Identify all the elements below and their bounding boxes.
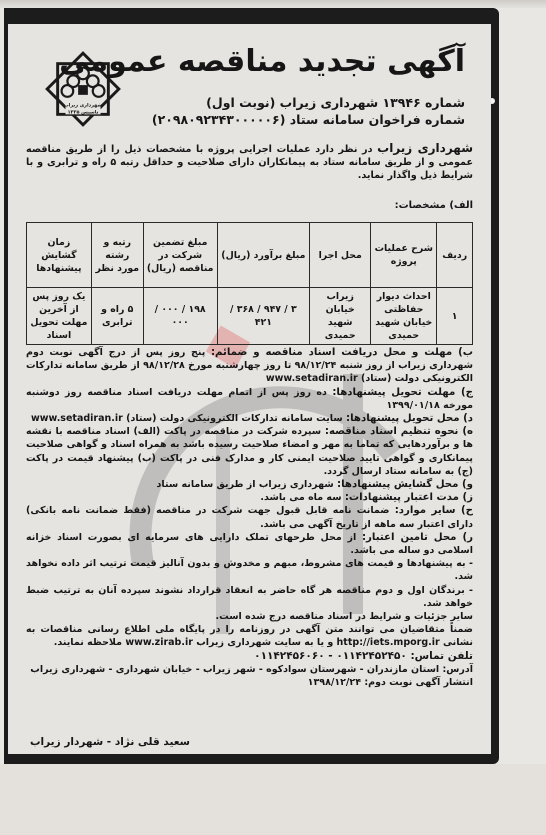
note-2: - برندگان اول و دوم مناقصه هر گاه حاضر ب…: [26, 584, 473, 610]
section-f: و) محل گشایش پیشنهادها: شهرداری زیراب از…: [26, 478, 473, 491]
setadiran-link[interactable]: www.setadiran.ir: [266, 372, 358, 385]
section-a-label: الف) مشخصات:: [395, 200, 473, 211]
table-header-row: ردیف شرح عملیات پروژه محل اجرا مبلغ برآو…: [27, 223, 473, 288]
col-opening-time: زمان گشایش پیشنهادها: [27, 223, 92, 288]
note-3: سایر جزئیات و شرایط در اسناد مناقصه درج …: [26, 610, 473, 623]
col-row-no: ردیف: [437, 223, 473, 288]
signature: سعید قلی نژاد - شهردار زیراب: [30, 736, 190, 748]
zirab-link[interactable]: www.zirab.ir: [125, 636, 193, 649]
cell-opening-time: یک روز پس از آخرین مهلت تحویل اسناد: [27, 288, 92, 345]
table-row: ۱ احداث دیوار حفاظتی خیابان شهید حمیدی ز…: [27, 288, 473, 345]
section-c: ج) مهلت تحویل پیشنهادها: ده روز پس از ات…: [26, 386, 473, 412]
cell-row-no: ۱: [437, 288, 473, 345]
phone-numbers: ۰۱۱۴۲۴۵۲۴۵۰ - ۰۱۱۴۲۴۵۶۰۶۰: [254, 650, 407, 662]
section-d: د) محل تحویل پیشنهادها: سایت سامانه تدار…: [26, 412, 473, 425]
address-label: آدرس:: [442, 664, 473, 675]
cell-guarantee: ۱۹۸ / ۰۰۰ / ۰۰۰: [143, 288, 217, 345]
ad-paper: شهرداری زیراب تاسیس ۱۳۳۵ آگهی تجدید مناق…: [8, 24, 491, 754]
col-description: شرح عملیات پروژه: [371, 223, 437, 288]
contact-address: آدرس: استان مازندران - شهرستان سوادکوه -…: [26, 663, 473, 676]
setad-call-number: شماره فراخوان سامانه ستاد (۲۰۹۸۰۹۲۳۴۳۰۰۰…: [152, 111, 465, 128]
section-e: ه) نحوه تنظیم اسناد مناقصه: سپرده شرکت د…: [26, 425, 473, 478]
col-grade: رتبه و رشته مورد نظر: [91, 223, 143, 288]
publish-info: انتشار آگهی نوبت دوم: ۱۳۹۸/۱۲/۲۴: [26, 676, 473, 689]
ad-frame: شهرداری زیراب تاسیس ۱۳۳۵ آگهی تجدید مناق…: [4, 8, 499, 764]
spec-table: ردیف شرح عملیات پروژه محل اجرا مبلغ برآو…: [26, 222, 473, 345]
tender-number: شماره ۱۳۹۴۶ شهرداری زیراب (نوبت اول): [152, 94, 465, 111]
section-c-heading: ج) مهلت تحویل پیشنهادها:: [332, 387, 473, 398]
cell-grade: ۵ راه و ترابری: [91, 288, 143, 345]
col-guarantee: مبلغ تضمین شرکت در مناقصه (ریال): [143, 223, 217, 288]
section-r: ر) محل تامین اعتبار: از محل طرحهای تملک …: [26, 531, 473, 557]
section-h-heading: ح) سایر موارد:: [395, 505, 473, 516]
cell-location: زیراب خیابان شهید حمیدی: [310, 288, 371, 345]
ad-title: آگهی تجدید مناقصه عمومی: [59, 44, 465, 79]
terms-body: ب) مهلت و محل دریافت اسناد مناقصه و ضمائ…: [26, 346, 473, 689]
intro-lead: شهرداری زیراب: [377, 141, 473, 155]
section-f-heading: و) محل گشایش پیشنهادها:: [337, 479, 473, 490]
col-location: محل اجرا: [310, 223, 371, 288]
note-1: - به پیشنهادها و قیمت های مشروط، مبهم و …: [26, 557, 473, 583]
section-d-heading: د) محل تحویل پیشنهادها:: [346, 413, 473, 424]
publish-label: انتشار آگهی نوبت دوم:: [364, 677, 473, 688]
scan-bottom-edge: [0, 764, 546, 835]
website-note: ضمناً متقاضیان می توانند متن آگهی در روز…: [26, 623, 473, 649]
address-value: استان مازندران - شهرستان سوادکوه - شهر ز…: [30, 664, 439, 675]
section-h: ح) سایر موارد: ضمانت نامه قابل قبول جهت …: [26, 504, 473, 530]
contact-phone: تلفن تماس: ۰۱۱۴۲۴۵۲۴۵۰ - ۰۱۱۴۲۴۵۶۰۶۰: [26, 650, 473, 663]
phone-label: تلفن تماس:: [410, 650, 473, 662]
cell-estimate: ۳ / ۹۴۷ / ۳۶۸ / ۴۲۱: [217, 288, 310, 345]
publish-date: ۱۳۹۸/۱۲/۲۴: [308, 677, 361, 688]
section-r-heading: ر) محل تامین اعتبار:: [362, 532, 473, 543]
ad-subtitle: شماره ۱۳۹۴۶ شهرداری زیراب (نوبت اول) شما…: [152, 94, 465, 128]
svg-text:شهرداری زیراب: شهرداری زیراب: [64, 103, 103, 109]
section-e-heading: ه) نحوه تنظیم اسناد مناقصه:: [325, 426, 473, 437]
setadiran-link-2[interactable]: www.setadiran.ir: [31, 412, 123, 425]
svg-text:تاسیس ۱۳۳۵: تاسیس ۱۳۳۵: [68, 109, 99, 115]
section-b-heading: ب) مهلت و محل دریافت اسناد مناقصه و ضمائ…: [211, 347, 473, 358]
intro-paragraph: شهرداری زیراب در نظر دارد عملیات اجرایی …: [26, 142, 473, 182]
iets-link[interactable]: http://iets.mporg.ir: [337, 636, 440, 649]
col-estimate: مبلغ برآورد (ریال): [217, 223, 310, 288]
section-g: ز) مدت اعتبار پیشنهادات: سه ماه می باشد.: [26, 491, 473, 504]
scan-top-edge: [0, 0, 546, 8]
cell-description: احداث دیوار حفاظتی خیابان شهید حمیدی: [371, 288, 437, 345]
section-b: ب) مهلت و محل دریافت اسناد مناقصه و ضمائ…: [26, 346, 473, 386]
section-g-heading: ز) مدت اعتبار پیشنهادات:: [345, 492, 473, 503]
